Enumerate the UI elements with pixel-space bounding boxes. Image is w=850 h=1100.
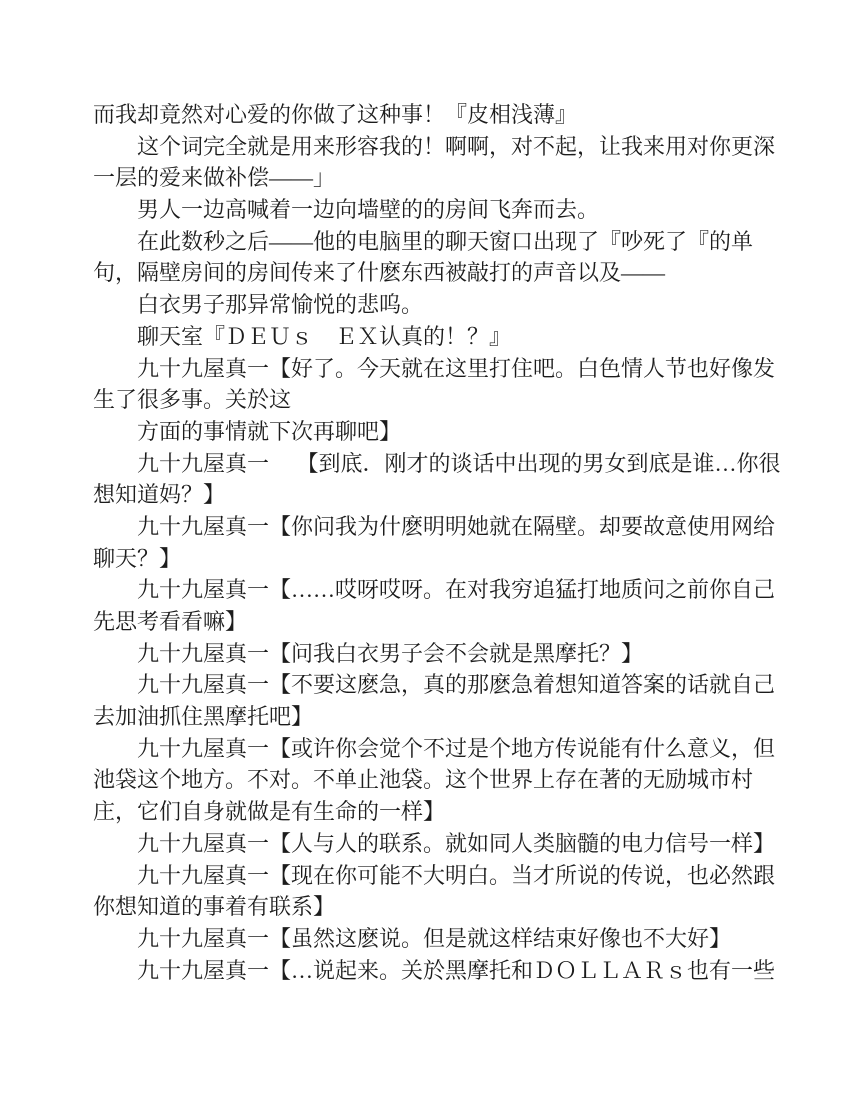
text-line: 聊天室『ＤＥＵｓ ＥＸ认真的！？』 bbox=[93, 321, 805, 353]
paragraph: 九十九屋真一 【到底．刚才的谈话中出现的男女到底是谁…你很想知道妈？】 bbox=[93, 448, 805, 511]
paragraph: 九十九屋真一【不要这麽急，真的那麽急着想知道答案的话就自己去加油抓住黑摩托吧】 bbox=[93, 669, 805, 732]
paragraph: 白衣男子那异常愉悦的悲呜。 bbox=[93, 289, 805, 321]
document-page: 而我却竟然对心爱的你做了这种事！『皮相浅薄』这个词完全就是用来形容我的！啊啊，对… bbox=[0, 0, 850, 1100]
text-line: 一层的爱来做补偿——」 bbox=[93, 162, 805, 194]
text-line: 九十九屋真一【好了。今天就在这里打住吧。白色情人节也好像发 bbox=[93, 353, 805, 385]
paragraph: 这个词完全就是用来形容我的！啊啊，对不起，让我来用对你更深一层的爱来做补偿——」 bbox=[93, 131, 805, 194]
text-line: 句，隔壁房间的房间传来了什麽东西被敲打的声音以及—— bbox=[93, 257, 805, 289]
paragraph: 九十九屋真一【问我白衣男子会不会就是黑摩托？】 bbox=[93, 638, 805, 670]
paragraph: 九十九屋真一【好了。今天就在这里打住吧。白色情人节也好像发生了很多事。关於这 bbox=[93, 353, 805, 416]
text-line: 九十九屋真一【不要这麽急，真的那麽急着想知道答案的话就自己 bbox=[93, 669, 805, 701]
paragraph: 九十九屋真一【…说起来。关於黑摩托和ＤＯＬＬＡＲｓ也有一些 bbox=[93, 955, 805, 987]
text-line: 九十九屋真一 【到底．刚才的谈话中出现的男女到底是谁…你很 bbox=[93, 448, 805, 480]
text-line: 方面的事情就下次再聊吧】 bbox=[93, 416, 805, 448]
text-line: 九十九屋真一【或许你会觉个不过是个地方传说能有什么意义，但 bbox=[93, 733, 805, 765]
paragraph: 九十九屋真一【你问我为什麽明明她就在隔壁。却要故意使用网给聊天？】 bbox=[93, 511, 805, 574]
text-line: 池袋这个地方。不对。不单止池袋。这个世界上存在著的无励城市村 bbox=[93, 764, 805, 796]
text-line: 去加油抓住黑摩托吧】 bbox=[93, 701, 805, 733]
text-line: 白衣男子那异常愉悦的悲呜。 bbox=[93, 289, 805, 321]
text-line: 九十九屋真一【人与人的联系。就如同人类脑髓的电力信号一样】 bbox=[93, 828, 805, 860]
page-content: 而我却竟然对心爱的你做了这种事！『皮相浅薄』这个词完全就是用来形容我的！啊啊，对… bbox=[93, 99, 805, 986]
text-line: 想知道妈？】 bbox=[93, 479, 805, 511]
paragraph: 九十九屋真一【现在你可能不大明白。当才所说的传说，也必然跟你想知道的事着有联系】 bbox=[93, 860, 805, 923]
text-line: 九十九屋真一【……哎呀哎呀。在对我穷追猛打地质问之前你自己 bbox=[93, 574, 805, 606]
text-line: 九十九屋真一【你问我为什麽明明她就在隔壁。却要故意使用网给 bbox=[93, 511, 805, 543]
text-line: 在此数秒之后——他的电脑里的聊天窗口出现了『吵死了『的单 bbox=[93, 226, 805, 258]
text-line: 聊天？】 bbox=[93, 543, 805, 575]
paragraph: 男人一边高喊着一边向墙壁的的房间飞奔而去。 bbox=[93, 194, 805, 226]
text-line: 庄，它们自身就做是有生命的一样】 bbox=[93, 796, 805, 828]
paragraph: 方面的事情就下次再聊吧】 bbox=[93, 416, 805, 448]
text-line: 九十九屋真一【问我白衣男子会不会就是黑摩托？】 bbox=[93, 638, 805, 670]
text-line: 生了很多事。关於这 bbox=[93, 384, 805, 416]
paragraph: 九十九屋真一【人与人的联系。就如同人类脑髓的电力信号一样】 bbox=[93, 828, 805, 860]
text-line: 男人一边高喊着一边向墙壁的的房间飞奔而去。 bbox=[93, 194, 805, 226]
paragraph: 九十九屋真一【……哎呀哎呀。在对我穷追猛打地质问之前你自己先思考看看嘛】 bbox=[93, 574, 805, 637]
paragraph: 九十九屋真一【虽然这麽说。但是就这样结束好像也不大好】 bbox=[93, 923, 805, 955]
paragraph: 在此数秒之后——他的电脑里的聊天窗口出现了『吵死了『的单句，隔壁房间的房间传来了… bbox=[93, 226, 805, 289]
text-line: 九十九屋真一【虽然这麽说。但是就这样结束好像也不大好】 bbox=[93, 923, 805, 955]
text-line: 而我却竟然对心爱的你做了这种事！『皮相浅薄』 bbox=[93, 99, 805, 131]
paragraph: 九十九屋真一【或许你会觉个不过是个地方传说能有什么意义，但池袋这个地方。不对。不… bbox=[93, 733, 805, 828]
text-line: 九十九屋真一【现在你可能不大明白。当才所说的传说，也必然跟 bbox=[93, 860, 805, 892]
paragraph: 聊天室『ＤＥＵｓ ＥＸ认真的！？』 bbox=[93, 321, 805, 353]
text-line: 先思考看看嘛】 bbox=[93, 606, 805, 638]
paragraph: 而我却竟然对心爱的你做了这种事！『皮相浅薄』 bbox=[93, 99, 805, 131]
text-line: 你想知道的事着有联系】 bbox=[93, 891, 805, 923]
text-line: 这个词完全就是用来形容我的！啊啊，对不起，让我来用对你更深 bbox=[93, 131, 805, 163]
text-line: 九十九屋真一【…说起来。关於黑摩托和ＤＯＬＬＡＲｓ也有一些 bbox=[93, 955, 805, 987]
